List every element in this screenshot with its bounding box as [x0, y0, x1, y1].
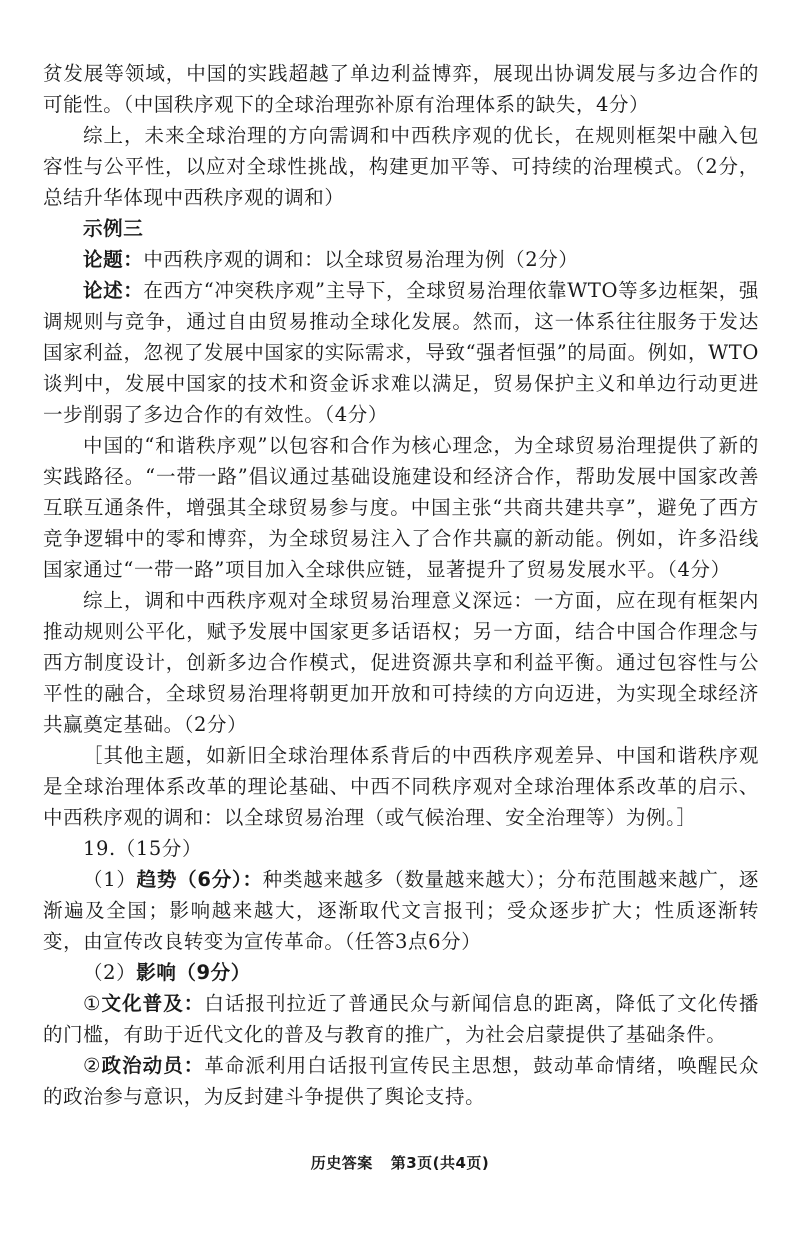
paragraph-cultural-popularization: ①文化普及：白话报刊拉近了普通民众与新闻信息的距离，降低了文化传播的门槛，有助于…	[43, 988, 759, 1050]
paragraph-harmony-order: 中国的“和谐秩序观”以包容和合作为核心理念，为全球贸易治理提供了新的实践路径。“…	[43, 430, 759, 585]
paragraph-thesis: 论题：中西秩序观的调和：以全球贸易治理为例（2分）	[43, 244, 759, 275]
paragraph-impact-heading: （2）影响（9分）	[43, 957, 759, 988]
trend-label: 趋势（6分）：	[137, 868, 263, 891]
paragraph-argument: 论述：在西方“冲突秩序观”主导下，全球贸易治理依靠WTO等多边框架，强调规则与竞…	[43, 275, 759, 430]
impact-label: 影响（9分）	[136, 961, 251, 984]
argument-label: 论述：	[83, 279, 143, 302]
paragraph-summary-two: 综上，未来全球治理的方向需调和中西秩序观的优长，在规则框架中融入包容性与公平性，…	[43, 120, 759, 213]
footer-page-number: 第3页(共4页)	[391, 1154, 490, 1172]
question-number: 19.（15分）	[83, 837, 202, 860]
paragraph-global-governance-conclusion: 贫发展等领域，中国的实践超越了单边利益博弈，展现出协调发展与多边合作的可能性。（…	[43, 58, 759, 120]
item-prefix: （1）	[83, 868, 137, 891]
cultural-label: 文化普及：	[102, 992, 205, 1015]
paragraph-text: 在西方“冲突秩序观”主导下，全球贸易治理依靠WTO等多边框架，强调规则与竞争，通…	[43, 279, 759, 426]
footer-subject: 历史答案	[311, 1154, 373, 1172]
paragraph-other-topics: ［其他主题，如新旧全球治理体系背后的中西秩序观差异、中国和谐秩序观是全球治理体系…	[43, 740, 759, 833]
section-heading: 示例三	[83, 217, 143, 240]
example-three-heading: 示例三	[43, 213, 759, 244]
paragraph-text: 贫发展等领域，中国的实践超越了单边利益博弈，展现出协调发展与多边合作的可能性。（…	[43, 62, 759, 116]
paragraph-text: 中西秩序观的调和：以全球贸易治理为例（2分）	[143, 248, 578, 271]
political-label: 政治动员：	[102, 1054, 205, 1077]
question-19-heading: 19.（15分）	[43, 833, 759, 864]
paragraph-political-mobilization: ②政治动员：革命派利用白话报刊宣传民主思想，鼓动革命情绪，唤醒民众的政治参与意识…	[43, 1050, 759, 1112]
paragraph-trend: （1）趋势（6分）：种类越来越多（数量越来越大）；分布范围越来越广，逐渐遍及全国…	[43, 864, 759, 957]
item-prefix: ①	[83, 992, 102, 1015]
page-footer: 历史答案第3页(共4页)	[0, 1152, 800, 1173]
answer-document: 贫发展等领域，中国的实践超越了单边利益博弈，展现出协调发展与多边合作的可能性。（…	[43, 58, 759, 1112]
item-prefix: ②	[83, 1054, 102, 1077]
paragraph-text: 综上，调和中西秩序观对全球贸易治理意义深远：一方面，应在现有框架内推动规则公平化…	[43, 589, 759, 736]
paragraph-text: 综上，未来全球治理的方向需调和中西秩序观的优长，在规则框架中融入包容性与公平性，…	[43, 124, 759, 209]
paragraph-text: ［其他主题，如新旧全球治理体系背后的中西秩序观差异、中国和谐秩序观是全球治理体系…	[43, 744, 759, 829]
paragraph-text: 中国的“和谐秩序观”以包容和合作为核心理念，为全球贸易治理提供了新的实践路径。“…	[43, 434, 759, 581]
paragraph-trade-conclusion: 综上，调和中西秩序观对全球贸易治理意义深远：一方面，应在现有框架内推动规则公平化…	[43, 585, 759, 740]
item-prefix: （2）	[83, 961, 136, 984]
thesis-label: 论题：	[83, 248, 143, 271]
